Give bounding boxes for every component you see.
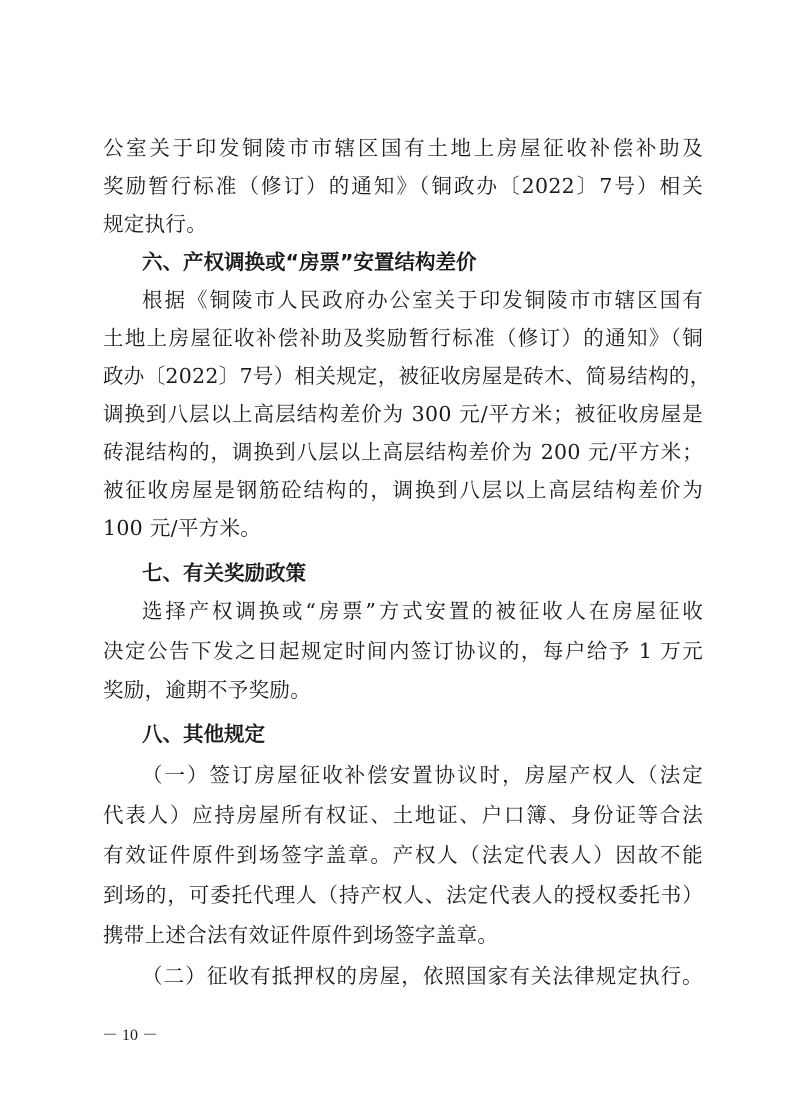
section-heading: 七、有关奖励政策 xyxy=(142,555,306,591)
text-line: 根据《铜陵市人民政府办公室关于印发铜陵市市辖区国有 xyxy=(142,282,703,318)
text-line: （一）签订房屋征收补偿安置协议时，房屋产权人（法定 xyxy=(142,757,703,793)
text-line: 奖励，逾期不予奖励。 xyxy=(103,672,703,708)
text-line: 100 元/平方米。 xyxy=(103,510,703,546)
text-line: 选择产权调换或“房票”方式安置的被征收人在房屋征收 xyxy=(142,593,703,629)
section-heading: 六、产权调换或“房票”安置结构差价 xyxy=(142,244,476,280)
page-number: － 10 － xyxy=(102,1024,158,1048)
text-line: （二）征收有抵押权的房屋，依照国家有关法律规定执行。 xyxy=(142,958,703,994)
text-line: 到场的，可委托代理人（持产权人、法定代表人的授权委托书） xyxy=(103,877,703,913)
text-line: 代表人）应持房屋所有权证、土地证、户口簿、身份证等合法 xyxy=(103,797,703,833)
section-heading: 八、其他规定 xyxy=(142,716,265,752)
text-line: 携带上述合法有效证件原件到场签字盖章。 xyxy=(103,917,703,953)
text-line: 有效证件原件到场签字盖章。产权人（法定代表人）因故不能 xyxy=(103,837,703,873)
text-line: 规定执行。 xyxy=(103,206,703,242)
text-line: 调换到八层以上高层结构差价为 300 元/平方米；被征收房屋是 xyxy=(103,396,703,432)
text-line: 奖励暂行标准（修订）的通知》（铜政办〔2022〕7号）相关 xyxy=(103,168,703,204)
text-line: 砖混结构的，调换到八层以上高层结构差价为 200 元/平方米； xyxy=(103,434,703,470)
text-line: 政办〔2022〕7号）相关规定，被征收房屋是砖木、简易结构的， xyxy=(103,358,703,394)
text-line: 决定公告下发之日起规定时间内签订协议的，每户给予 1 万元 xyxy=(103,633,703,669)
text-line: 土地上房屋征收补偿补助及奖励暂行标准（修订）的通知》（铜 xyxy=(103,320,703,356)
text-line: 被征收房屋是钢筋砼结构的，调换到八层以上高层结构差价为 xyxy=(103,472,703,508)
text-line: 公室关于印发铜陵市市辖区国有土地上房屋征收补偿补助及 xyxy=(103,130,703,166)
document-page: 公室关于印发铜陵市市辖区国有土地上房屋征收补偿补助及 奖励暂行标准（修订）的通知… xyxy=(0,0,793,1118)
